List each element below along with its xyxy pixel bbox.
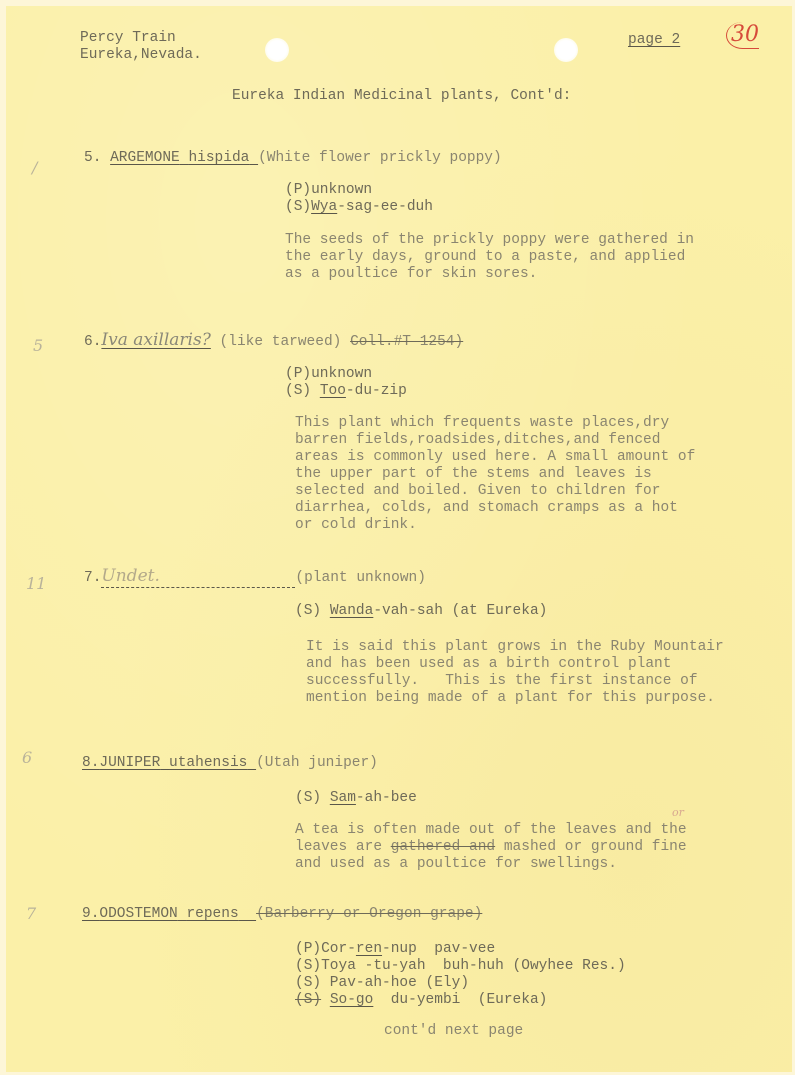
name-line: (S) Wanda-vah-sah (at Eureka) <box>295 603 547 620</box>
handwritten-name: Undet. <box>101 566 159 586</box>
name-line: (S)Wya-sag-ee-duh <box>285 199 433 216</box>
entry-number: 7. <box>84 570 101 586</box>
margin-mark: / <box>32 158 37 177</box>
entry-6-heading: 6.Iva axillaris? (like tarweed) Coll.#T … <box>84 332 463 351</box>
entry-number: 6. <box>84 334 101 350</box>
name-line: (S) Sam-ah-bee <box>295 790 417 807</box>
punch-hole <box>265 38 289 62</box>
entry-6-description: This plant which frequents waste places,… <box>295 415 695 534</box>
name-line: (P)unknown <box>285 182 372 199</box>
document-page: Percy Train Eureka,Nevada. page 2 30 Eur… <box>6 6 792 1072</box>
page-stamp: 30 <box>726 22 759 49</box>
margin-mark: 6 <box>22 748 32 767</box>
page-number: page 2 <box>628 32 680 49</box>
handwritten-annotation: or <box>672 804 684 821</box>
entry-8-description: A tea is often made out of the leaves an… <box>295 822 687 873</box>
entry-7-description: It is said this plant grows in the Ruby … <box>306 639 724 707</box>
name-line: (S) Pav-ah-hoe (Ely) <box>295 975 469 992</box>
margin-mark: 5 <box>33 336 43 355</box>
collection-number: Coll.#T 1254) <box>350 334 463 350</box>
punch-hole <box>554 38 578 62</box>
entry-9-heading: 9.ODOSTEMON repens (Barberry or Oregon g… <box>82 906 482 923</box>
common-name: (plant unknown) <box>295 570 426 586</box>
handwritten-name: Iva axillaris? <box>101 330 210 350</box>
scientific-name: 8.JUNIPER utahensis <box>82 755 256 771</box>
name-line: (S) Too-du-zip <box>285 383 407 400</box>
author-location: Eureka,Nevada. <box>80 47 202 64</box>
margin-mark: 11 <box>26 574 46 593</box>
margin-mark: 7 <box>26 904 36 923</box>
entry-5-description: The seeds of the prickly poppy were gath… <box>285 232 694 283</box>
common-name: (Barberry or Oregon grape) <box>256 906 482 922</box>
entry-5-heading: 5. ARGEMONE hispida (White flower prickl… <box>84 150 502 167</box>
common-name: (like tarweed) <box>220 334 342 350</box>
page-title: Eureka Indian Medicinal plants, Cont'd: <box>232 88 571 105</box>
scientific-name: 9.ODOSTEMON repens <box>82 906 256 922</box>
name-line: (P)unknown <box>285 366 372 383</box>
entry-7-heading: 7.Undet.(plant unknown) <box>84 568 426 588</box>
name-line: (S) So-go du-yembi (Eureka) <box>295 992 547 1009</box>
common-name: (White flower prickly poppy) <box>258 150 502 166</box>
scientific-name: ARGEMONE hispida <box>110 150 258 166</box>
common-name: (Utah juniper) <box>256 755 378 771</box>
continued-note: cont'd next page <box>384 1023 523 1040</box>
name-line: (P)Cor-ren-nup pav-vee <box>295 941 495 958</box>
name-line: (S)Toya -tu-yah buh-huh (Owyhee Res.) <box>295 958 626 975</box>
entry-8-heading: 8.JUNIPER utahensis (Utah juniper) <box>82 755 378 772</box>
entry-number: 5. <box>84 150 101 166</box>
author-name: Percy Train <box>80 30 176 47</box>
